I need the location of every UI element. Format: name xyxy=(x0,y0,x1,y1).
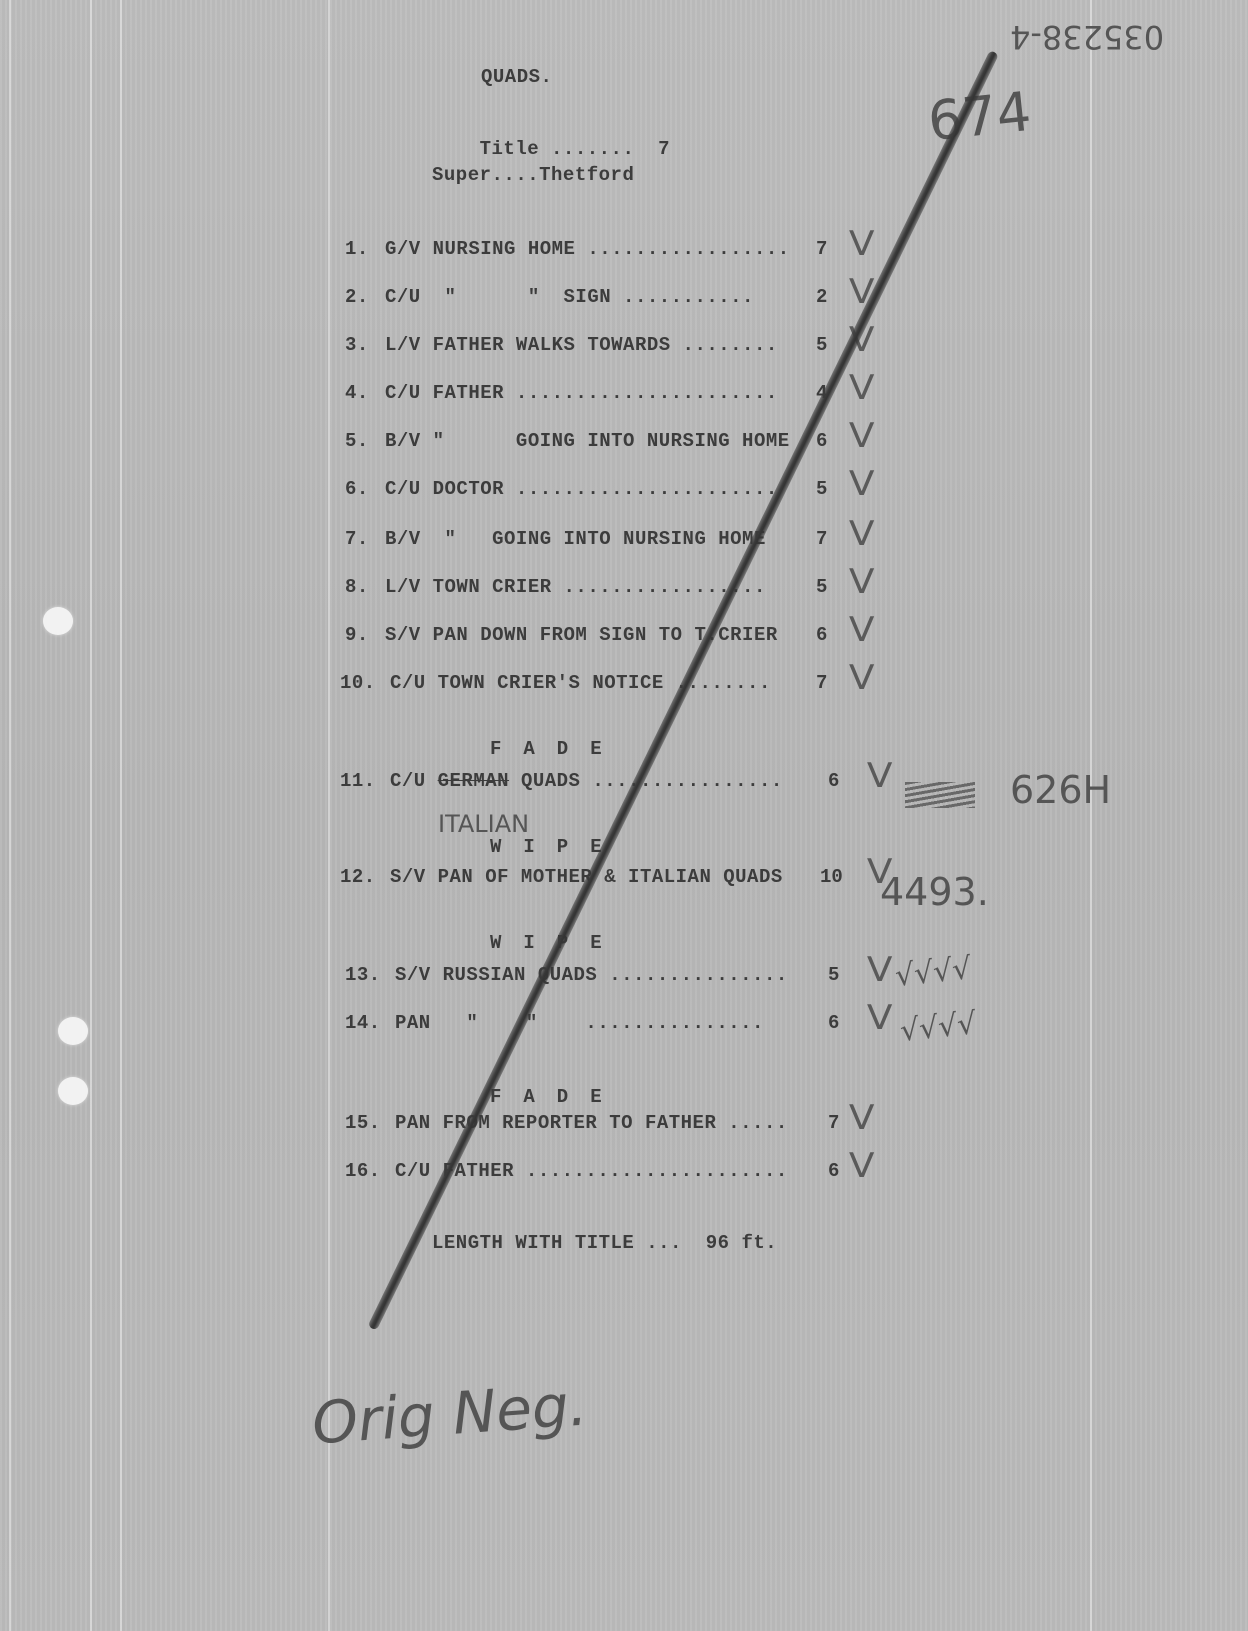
total-length: LENGTH WITH TITLE ... 96 ft. xyxy=(432,1232,777,1254)
shot-description: L/V FATHER WALKS TOWARDS ........ xyxy=(385,334,778,356)
note-4493: 4493. xyxy=(880,870,989,914)
checkmark-icon: V xyxy=(849,464,875,504)
shot-description: C/U GERMAN QUADS ................ xyxy=(390,770,783,792)
crossed-out-number xyxy=(905,782,975,808)
shot-length-feet: 10 xyxy=(820,866,843,888)
archive-ref-number: 035238-4 xyxy=(1010,18,1164,56)
transition-fade: FADE xyxy=(490,1086,624,1108)
scan-streak xyxy=(1090,0,1092,1631)
doc-title: QUADS. xyxy=(481,66,552,88)
title-leader: ....... xyxy=(551,138,634,160)
scan-streak xyxy=(328,0,330,1631)
shot-number: 8. xyxy=(345,576,369,598)
shot-length-feet: 6 xyxy=(816,430,827,452)
shot-description: B/V " GOING INTO NURSING HOME xyxy=(385,430,790,452)
checkmark-icon: V xyxy=(849,1098,875,1138)
shot-description: C/U TOWN CRIER'S NOTICE ........ xyxy=(390,672,771,694)
shot-description: C/U FATHER ...................... xyxy=(385,382,778,404)
shot-length-feet: 6 xyxy=(816,624,827,646)
shot-length-feet: 2 xyxy=(816,286,827,308)
scan-streak xyxy=(120,0,122,1631)
shot-length-feet: 6 xyxy=(828,1160,839,1182)
scan-streak xyxy=(9,0,11,1631)
scan-streak xyxy=(90,0,92,1631)
shot-number: 7. xyxy=(345,528,369,550)
super-label: Super.... xyxy=(432,164,539,186)
checkmark-icon: V xyxy=(867,950,893,990)
shot-number: 16. xyxy=(345,1160,381,1182)
shot-length-feet: 7 xyxy=(816,238,827,260)
shot-number: 3. xyxy=(345,334,369,356)
super-line: Super....Thetford xyxy=(432,164,634,186)
shot-number: 1. xyxy=(345,238,369,260)
shot-number: 9. xyxy=(345,624,369,646)
shot-description: C/U DOCTOR ...................... xyxy=(385,478,778,500)
checkmark-icon: V xyxy=(849,658,875,698)
checkmark-icon: V xyxy=(849,1146,875,1186)
note-626h: 626H xyxy=(1010,768,1111,812)
checkmark-icon: V xyxy=(849,224,875,264)
document-page: QUADS. Title ....... 7 Super....Thetford… xyxy=(0,0,1248,1631)
shot-length-feet: 7 xyxy=(828,1112,839,1134)
shot-number: 10. xyxy=(340,672,376,694)
shot-length-feet: 6 xyxy=(828,770,839,792)
shot-length-feet: 5 xyxy=(816,334,827,356)
punch-hole xyxy=(58,1077,88,1105)
tally-marks: √√√√ xyxy=(898,1006,978,1049)
checkmark-icon: V xyxy=(849,610,875,650)
tally-marks: √√√√ xyxy=(893,951,973,994)
shot-number: 5. xyxy=(345,430,369,452)
struck-word: GERMAN xyxy=(438,770,509,792)
shot-description: S/V RUSSIAN QUADS ............... xyxy=(395,964,788,986)
signature-orig-neg: Orig Neg. xyxy=(310,1370,589,1457)
shot-length-feet: 5 xyxy=(828,964,839,986)
punch-hole xyxy=(58,1017,88,1045)
shot-number: 14. xyxy=(345,1012,381,1034)
checkmark-icon: V xyxy=(849,368,875,408)
shot-number: 6. xyxy=(345,478,369,500)
shot-number: 13. xyxy=(345,964,381,986)
shot-length-feet: 6 xyxy=(828,1012,839,1034)
checkmark-icon: V xyxy=(867,998,893,1038)
transition-fade: FADE xyxy=(490,738,624,760)
shot-number: 2. xyxy=(345,286,369,308)
shot-rest: QUADS ................ xyxy=(521,770,783,792)
shot-number: 11. xyxy=(340,770,376,792)
shot-number: 12. xyxy=(340,866,376,888)
shot-description: PAN " " ............... xyxy=(395,1012,764,1034)
shot-number: 4. xyxy=(345,382,369,404)
insert-italian: ITALIAN xyxy=(438,810,529,838)
shot-length-feet: 5 xyxy=(816,478,827,500)
shot-description: B/V " GOING INTO NURSING HOME xyxy=(385,528,766,550)
title-value: 7 xyxy=(658,138,670,160)
shot-length-feet: 5 xyxy=(816,576,827,598)
checkmark-icon: V xyxy=(849,416,875,456)
shot-description: G/V NURSING HOME ................. xyxy=(385,238,790,260)
checkmark-icon: V xyxy=(849,514,875,554)
shot-description: L/V TOWN CRIER ................. xyxy=(385,576,766,598)
punch-hole xyxy=(43,607,73,635)
checkmark-icon: V xyxy=(867,756,893,796)
shot-number: 15. xyxy=(345,1112,381,1134)
shot-prefix: C/U xyxy=(390,770,426,792)
shot-description: PAN FROM REPORTER TO FATHER ..... xyxy=(395,1112,788,1134)
shot-length-feet: 7 xyxy=(816,672,827,694)
shot-description: C/U " " SIGN ........... xyxy=(385,286,754,308)
checkmark-icon: V xyxy=(849,562,875,602)
shot-length-feet: 7 xyxy=(816,528,827,550)
title-label: Title xyxy=(480,138,540,160)
super-value: Thetford xyxy=(539,164,634,186)
